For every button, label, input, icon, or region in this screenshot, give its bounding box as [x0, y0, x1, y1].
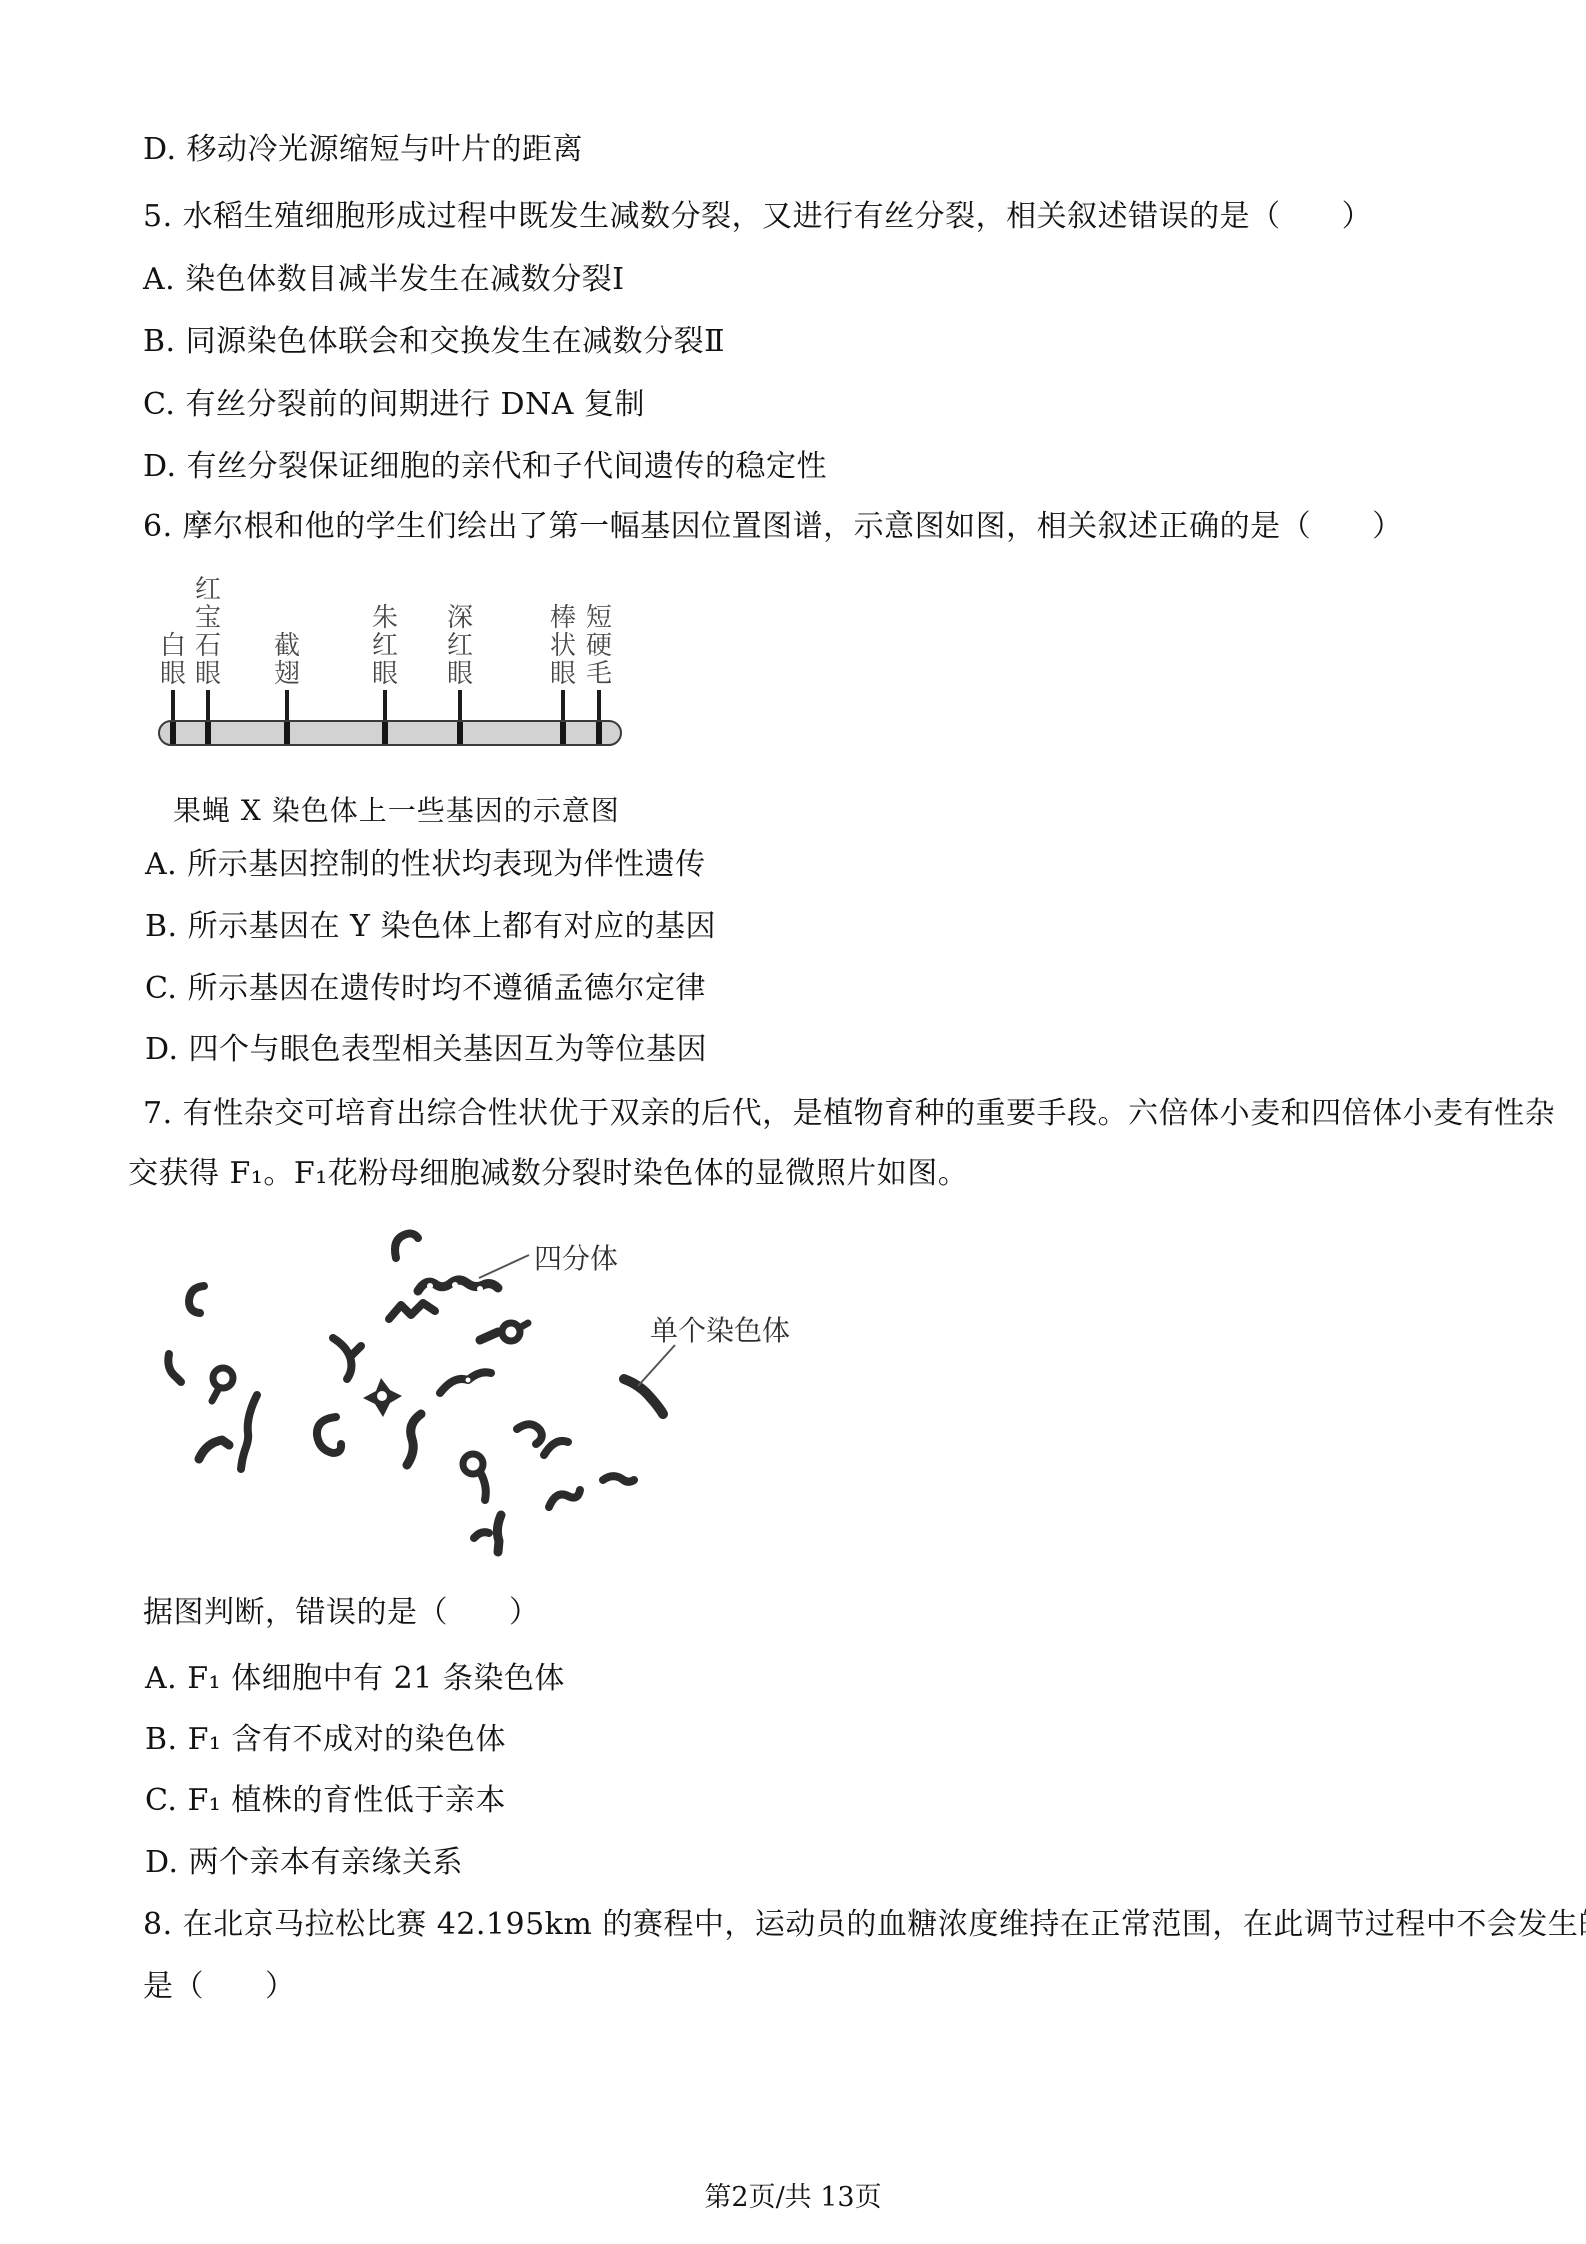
gene-locus-tick	[457, 722, 463, 744]
chromosome-ring	[502, 1323, 520, 1341]
gene-label: 朱红眼	[370, 604, 400, 688]
chromosome-hole	[377, 1391, 387, 1401]
page-footer: 第2页/共 13页	[0, 2175, 1586, 2214]
chromosome-shape	[440, 1372, 491, 1393]
q8-stem-line2: 是（ ）	[143, 1968, 296, 2006]
gene-pointer-line	[597, 690, 601, 720]
chromosome-shape	[395, 1234, 418, 1258]
chromosome-shape	[517, 1424, 542, 1444]
gene-label: 白眼	[158, 632, 188, 688]
exam-page: D. 移动冷光源缩短与叶片的距离5. 水稻生殖细胞形成过程中既发生减数分裂，又进…	[0, 0, 1586, 2244]
gene-locus-tick	[596, 722, 602, 744]
q6-option-c: C. 所示基因在遗传时均不遵循孟德尔定律	[145, 970, 706, 1008]
chromosome-shape	[480, 1472, 486, 1500]
gene-pointer-line	[171, 690, 175, 720]
gene-locus-tick	[560, 722, 566, 744]
q7-prompt: 据图判断，错误的是（ ）	[143, 1594, 540, 1632]
gene-locus-tick	[382, 722, 388, 744]
q5-option-b: B. 同源染色体联会和交换发生在减数分裂Ⅱ	[143, 323, 725, 361]
chromosome-shape	[544, 1441, 568, 1455]
gene-pointer-line	[383, 690, 387, 720]
chromosome-shape	[480, 1332, 498, 1340]
single-chromosome-label: 单个染色体	[650, 1314, 790, 1347]
x-chromosome-bar	[158, 720, 622, 746]
chromosome-hole	[427, 1283, 433, 1289]
q6-option-a: A. 所示基因控制的性状均表现为伴性遗传	[145, 846, 706, 884]
q7-option-d: D. 两个亲本有亲缘关系	[145, 1844, 463, 1882]
meiosis-micrograph: 四分体单个染色体	[135, 1228, 835, 1573]
chromosome-shape	[389, 1303, 435, 1319]
q6-stem: 6. 摩尔根和他的学生们绘出了第一幅基因位置图谱，示意图如图，相关叙述正确的是（…	[143, 508, 1403, 546]
chromosome-shape	[199, 1440, 229, 1459]
gene-locus-tick	[205, 722, 211, 744]
gene-pointer-line	[206, 690, 210, 720]
chromosome-shape	[497, 1515, 501, 1552]
q5-option-c: C. 有丝分裂前的间期进行 DNA 复制	[143, 386, 645, 424]
chromosome-shape	[474, 1532, 489, 1538]
chromosome-shape	[407, 1414, 421, 1465]
gene-pointer-line	[285, 690, 289, 720]
chromosome-shape	[603, 1476, 634, 1482]
gene-pointer-line	[561, 690, 565, 720]
gene-map-caption: 果蝇 X 染色体上一些基因的示意图	[173, 789, 620, 829]
label-leader-line	[638, 1345, 675, 1386]
q7-option-a: A. F₁ 体细胞中有 21 条染色体	[145, 1660, 565, 1698]
chromosome-hole	[466, 1378, 471, 1383]
q4-option-d: D. 移动冷光源缩短与叶片的距离	[143, 131, 583, 169]
chromosome-shape	[317, 1417, 341, 1453]
gene-label: 红宝石眼	[193, 576, 223, 688]
chromosome-ring	[213, 1368, 233, 1388]
q6-option-d: D. 四个与眼色表型相关基因互为等位基因	[145, 1031, 707, 1069]
gene-pointer-line	[458, 690, 462, 720]
chromosome-hole	[452, 1282, 458, 1288]
gene-label: 深红眼	[445, 604, 475, 688]
q8-stem-line1: 8. 在北京马拉松比赛 42.195km 的赛程中，运动员的血糖浓度维持在正常范…	[143, 1906, 1586, 1944]
q5-option-a: A. 染色体数目减半发生在减数分裂Ⅰ	[143, 261, 625, 299]
chromosome-shape	[189, 1286, 204, 1313]
q5-stem: 5. 水稻生殖细胞形成过程中既发生减数分裂，又进行有丝分裂，相关叙述错误的是（ …	[143, 198, 1372, 236]
chromosome-shape	[333, 1338, 361, 1379]
tetrad-label: 四分体	[534, 1242, 618, 1275]
q5-option-d: D. 有丝分裂保证细胞的亲代和子代间遗传的稳定性	[143, 448, 827, 486]
q7-option-c: C. F₁ 植株的育性低于亲本	[145, 1782, 506, 1820]
chromosome-shape	[168, 1354, 181, 1382]
label-leader-line	[479, 1255, 529, 1278]
q7-option-b: B. F₁ 含有不成对的染色体	[145, 1721, 506, 1759]
q7-stem-line1: 7. 有性杂交可培育出综合性状优于双亲的后代，是植物育种的重要手段。六倍体小麦和…	[143, 1095, 1555, 1133]
gene-locus-tick	[170, 722, 176, 744]
q6-option-b: B. 所示基因在 Y 染色体上都有对应的基因	[145, 908, 716, 946]
gene-label: 短硬毛	[584, 604, 614, 688]
chromosome-shape	[549, 1490, 580, 1507]
gene-label: 棒状眼	[548, 604, 578, 688]
chromosome-ring	[463, 1454, 483, 1474]
chromosome-shape	[624, 1379, 663, 1414]
q7-stem-line2: 交获得 F₁。F₁花粉母细胞减数分裂时染色体的显微照片如图。	[128, 1155, 968, 1193]
gene-locus-tick	[284, 722, 290, 744]
chromosome-hole	[477, 1286, 483, 1292]
chromosome-shape	[241, 1395, 257, 1469]
gene-label: 截翅	[272, 632, 302, 688]
